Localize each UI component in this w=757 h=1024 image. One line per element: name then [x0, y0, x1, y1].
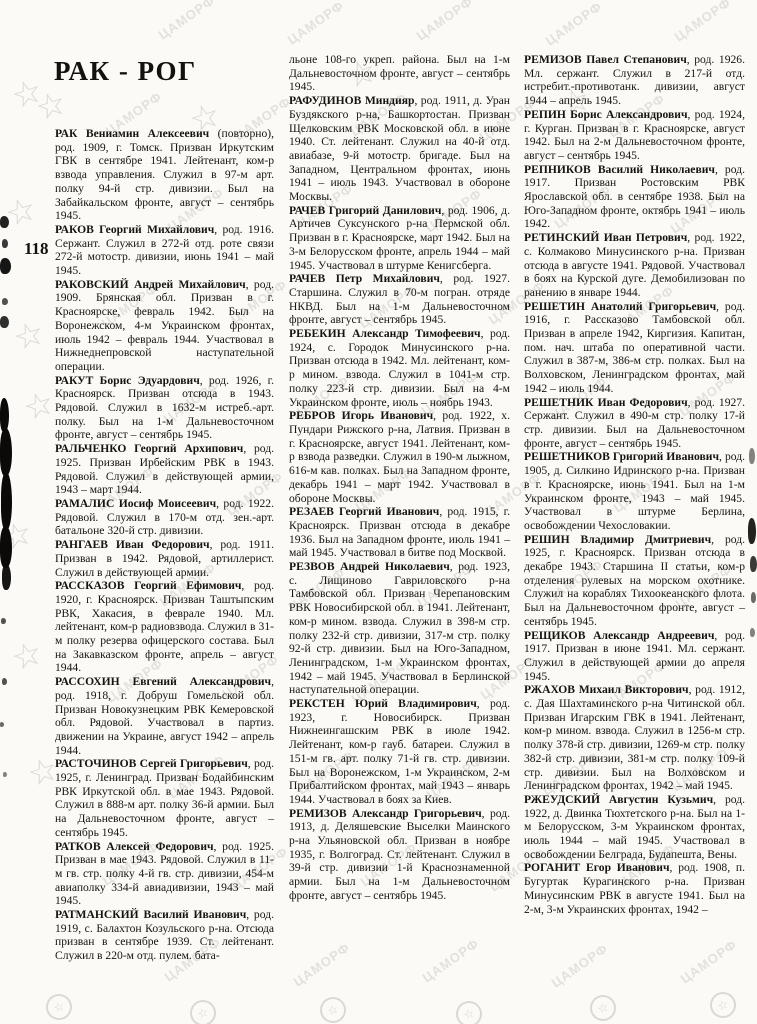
veteran-name: РЕШЕТИН Анатолий Григорьевич — [524, 300, 716, 313]
veteran-entry: РАТМАНСКИЙ Василий Иванович, род. 1919, … — [55, 908, 274, 963]
veteran-entry: РАМАЛИС Иосиф Моисеевич, род. 1922. Рядо… — [55, 497, 274, 538]
veteran-name: РЕЗАЕВ Георгий Иванович — [289, 505, 439, 518]
veteran-entry: РАКОВ Георгий Михайлович, род. 1916. Сер… — [55, 223, 274, 278]
veteran-entry: РАТКОВ Алексей Федорович, род. 1925. При… — [55, 840, 274, 909]
veteran-entry: РЕШЕТНИКОВ Григорий Иванович, род. 1905,… — [524, 450, 745, 532]
veteran-name: РЕШИН Владимир Дмитриевич — [524, 533, 711, 546]
star-stamp-icon: ☆ — [1, 192, 40, 234]
veteran-entry: РЕМИЗОВ Александр Григорьевич, род. 1913… — [289, 807, 510, 903]
veteran-name: РАЧЕВ Петр Михайлович — [289, 272, 440, 285]
star-stamp-icon: ☆ — [7, 636, 46, 678]
emblem-stamp-icon: ☆ — [586, 991, 619, 1024]
veteran-name: РЕШЕТНИК Иван Федорович — [524, 396, 688, 409]
text-column-middle: льоне 108-го укреп. района. Был на 1-м Д… — [289, 53, 510, 903]
veteran-name: РЕМИЗОВ Александр Григорьевич — [289, 807, 482, 820]
veteran-name: РЕШЕТНИКОВ Григорий Иванович — [524, 450, 719, 463]
veteran-name: РЖАХОВ Михаил Викторович — [524, 683, 689, 696]
veteran-entry: РЕЗВОВ Андрей Николаевич, род. 1923, с. … — [289, 560, 510, 697]
watermark-stamp: ЦАМОРФ — [549, 941, 611, 991]
veteran-name: РАНГАЕВ Иван Федорович — [55, 538, 210, 551]
watermark-stamp: ЦАМОРФ — [672, 0, 734, 44]
scanned-book-page: { "page": { "title": "РАК - РОГ", "page_… — [0, 0, 757, 1024]
watermark-stamp: ЦАМОРФ — [414, 0, 476, 43]
watermark-stamp: ЦАМОРФ — [291, 940, 353, 990]
emblem-stamp-icon: ☆ — [706, 988, 739, 1021]
star-stamp-icon: ☆ — [19, 386, 58, 428]
veteran-entry: РЕПНИКОВ Василий Николаевич, род. 1917. … — [524, 163, 745, 232]
veteran-entry: РЕМИЗОВ Павел Степанович, род. 1926. Мл.… — [524, 53, 745, 108]
veteran-name: РЕМИЗОВ Павел Степанович — [524, 53, 687, 66]
veteran-entry: РЖАХОВ Михаил Викторович, род. 1912, с. … — [524, 683, 745, 793]
veteran-name: РЕПНИКОВ Василий Николаевич — [524, 163, 715, 176]
veteran-name: РАКОВ Георгий Михайлович — [55, 223, 214, 236]
veteran-name: РАССОХИН Евгений Александрович — [55, 675, 271, 688]
veteran-entry: РАКОВСКИЙ Андрей Михайлович, род. 1909. … — [55, 278, 274, 374]
veteran-entry: РЕТИНСКИЙ Иван Петрович, род. 1922, с. К… — [524, 231, 745, 300]
emblem-stamp-icon: ☆ — [452, 997, 485, 1024]
veteran-name: РЕТИНСКИЙ Иван Петрович — [524, 231, 687, 244]
veteran-name: РЕКСТЕН Юрий Владимирович — [289, 697, 477, 710]
veteran-name: РАФУДИНОВ Миндияр — [289, 94, 414, 107]
veteran-name: РАКУТ Борис Эдуардович — [55, 374, 200, 387]
veteran-entry: РАЧЕВ Петр Михайлович, род. 1927. Старши… — [289, 272, 510, 327]
veteran-entry: РЕЩИКОВ Александр Андреевич, род. 1917. … — [524, 629, 745, 684]
page-title: РАК - РОГ — [54, 56, 197, 87]
veteran-name: РАКОВСКИЙ Андрей Михайлович — [55, 278, 246, 291]
watermark-stamp: ЦАМОРФ — [156, 0, 218, 42]
veteran-name: РЕБРОВ Игорь Иванович — [289, 409, 433, 422]
veteran-entry: РАКУТ Борис Эдуардович, род. 1926, г. Кр… — [55, 374, 274, 443]
veteran-name: РАК Вениамин Алексеевич — [55, 127, 209, 140]
veteran-entry: РЕКСТЕН Юрий Владимирович, род. 1923, г.… — [289, 697, 510, 807]
veteran-entry: РЖЕУДСКИЙ Августин Кузьмич, род. 1922, д… — [524, 793, 745, 862]
watermark-stamp: ЦАМОРФ — [678, 937, 740, 987]
veteran-name: РАЧЕВ Григорий Данилович — [289, 204, 441, 217]
veteran-entry: РЕШЕТИН Анатолий Григорьевич, род. 1916,… — [524, 300, 745, 396]
veteran-name: РЕЩИКОВ Александр Андреевич — [524, 629, 714, 642]
page-number: 118 — [24, 239, 49, 259]
star-stamp-icon: ☆ — [31, 86, 70, 128]
veteran-entry: РАК Вениамин Алексеевич (повторно), род.… — [55, 127, 274, 223]
veteran-entry: РЕШИН Владимир Дмитриевич, род. 1925, г.… — [524, 533, 745, 629]
emblem-stamp-icon: ☆ — [186, 996, 219, 1024]
veteran-entry: льоне 108-го укреп. района. Был на 1-м Д… — [289, 53, 510, 94]
veteran-entry: РАНГАЕВ Иван Федорович, род. 1911. Призв… — [55, 538, 274, 579]
veteran-name: РЕПИН Борис Александрович — [524, 108, 688, 121]
veteran-name: РЖЕУДСКИЙ Августин Кузьмич — [524, 793, 713, 806]
text-column-left: РАК Вениамин Алексеевич (повторно), род.… — [55, 127, 274, 963]
star-stamp-icon: ☆ — [0, 516, 37, 558]
text-column-right: РЕМИЗОВ Павел Степанович, род. 1926. Мл.… — [524, 53, 745, 916]
veteran-name: РАТКОВ Алексей Федорович — [55, 840, 214, 853]
veteran-entry: РАССКАЗОВ Георгий Ефимович, род. 1920, г… — [55, 579, 274, 675]
veteran-name: РЕЗВОВ Андрей Николаевич — [289, 560, 450, 573]
veteran-name: РАЛЬЧЕНКО Георгий Архипович — [55, 442, 243, 455]
veteran-entry: РЕШЕТНИК Иван Федорович, род. 1927. Серж… — [524, 396, 745, 451]
veteran-entry: РОГАНИТ Егор Иванович, род. 1908, п. Буг… — [524, 861, 745, 916]
veteran-entry: РАЧЕВ Григорий Данилович, род. 1906, д. … — [289, 204, 510, 273]
emblem-stamp-icon: ☆ — [42, 990, 75, 1023]
watermark-stamp: ЦАМОРФ — [420, 936, 482, 986]
veteran-entry: РАФУДИНОВ Миндияр, род. 1911, д. Уран Бу… — [289, 94, 510, 204]
veteran-entry: РАСТОЧИНОВ Сергей Григорьевич, род. 1925… — [55, 757, 274, 839]
star-stamp-icon: ☆ — [9, 316, 48, 358]
veteran-entry: РЕПИН Борис Александрович, род. 1924, г.… — [524, 108, 745, 163]
veteran-name: РАСТОЧИНОВ Сергей Григорьевич — [55, 757, 248, 770]
veteran-name: РЕБЕКИН Александр Тимофеевич — [289, 327, 481, 340]
watermark-stamp: ЦАМОРФ — [285, 0, 347, 47]
veteran-name: РАМАЛИС Иосиф Моисеевич — [55, 497, 216, 510]
veteran-entry: РАЛЬЧЕНКО Георгий Архипович, род. 1925. … — [55, 442, 274, 497]
veteran-name: РОГАНИТ Егор Иванович — [524, 861, 670, 874]
veteran-entry: РЕБЕКИН Александр Тимофеевич, род. 1924,… — [289, 327, 510, 409]
veteran-entry: РЕБРОВ Игорь Иванович, род. 1922, х. Пун… — [289, 409, 510, 505]
veteran-entry: РАССОХИН Евгений Александрович, род. 191… — [55, 675, 274, 757]
veteran-name: РАТМАНСКИЙ Василий Иванович — [55, 908, 246, 921]
emblem-stamp-icon: ☆ — [316, 993, 349, 1024]
veteran-name: РАССКАЗОВ Георгий Ефимович — [55, 579, 241, 592]
veteran-entry: РЕЗАЕВ Георгий Иванович, род. 1915, г. К… — [289, 505, 510, 560]
watermark-stamp: ЦАМОРФ — [543, 0, 605, 48]
